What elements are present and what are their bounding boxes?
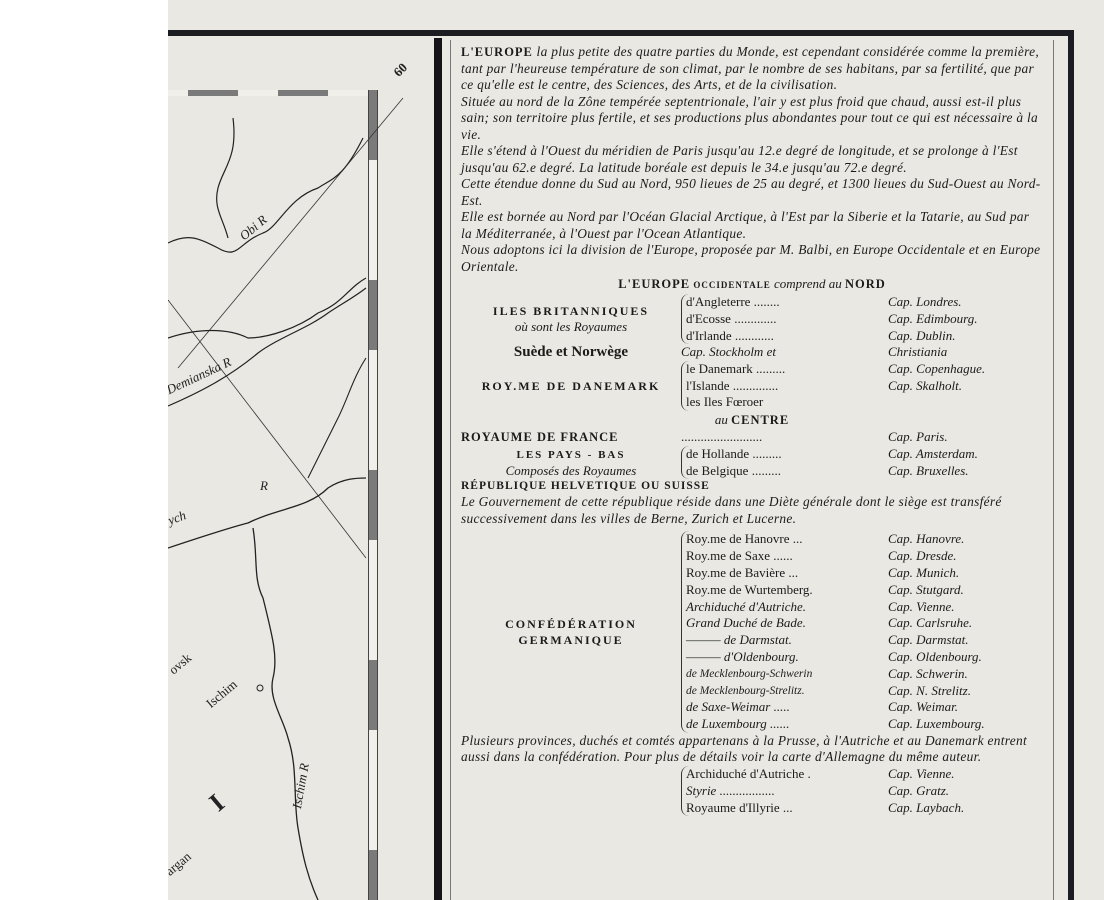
- suisse-heading: RÉPUBLIQUE HELVETIQUE OU SUISSE: [461, 479, 1043, 494]
- outer-frame-right: [1068, 30, 1074, 900]
- france-row: ROYAUME DE FRANCE ......................…: [461, 429, 1043, 446]
- list-item: de Mecklenbourg-Strelitz.Cap. N. Strelit…: [686, 683, 1043, 700]
- suisse-text: Le Gouvernement de cette république rési…: [461, 494, 1043, 527]
- river-r-label: R: [260, 478, 268, 494]
- list-item: de Belgique .........Cap. Bruxelles.: [686, 463, 1043, 480]
- list-item: Roy.me de Bavière ...Cap. Munich.: [686, 565, 1043, 582]
- list-item: l'Islande ..............Cap. Skalholt.: [686, 378, 1043, 395]
- list-item: d'Irlande ............Cap. Dublin.: [686, 328, 1043, 345]
- outer-frame-top: [168, 30, 1068, 36]
- list-item: Roy.me de Saxe ......Cap. Dresde.: [686, 548, 1043, 565]
- intro-paragraph-1: L'EUROPE la plus petite des quatre parti…: [461, 44, 1043, 94]
- pays-bas-group: LES PAYS - BASComposés des Royaumes de H…: [461, 446, 1043, 480]
- list-item: ——— d'Oldenbourg.Cap. Oldenbourg.: [686, 649, 1043, 666]
- intro-paragraph-2: Située au nord de la Zône tempérée septe…: [461, 94, 1043, 144]
- list-item: de Saxe-Weimar .....Cap. Weimar.: [686, 699, 1043, 716]
- list-item: d'Ecosse .............Cap. Edimbourg.: [686, 311, 1043, 328]
- list-item: Royaume d'Illyrie ...Cap. Laybach.: [686, 800, 1043, 817]
- heading-nord: L'EUROPE OCCIDENTALE comprend au NORD: [461, 275, 1043, 294]
- list-item: Grand Duché de Bade.Cap. Carlsruhe.: [686, 615, 1043, 632]
- intro-paragraph-6: Nous adoptons ici la division de l'Europ…: [461, 242, 1043, 275]
- iles-britanniques-group: ILES BRITANNIQUESoù sont les Royaumes d'…: [461, 294, 1043, 344]
- list-item: de Hollande .........Cap. Amsterdam.: [686, 446, 1043, 463]
- list-item: Archiduché d'Autriche .Cap. Vienne.: [686, 766, 1043, 783]
- europe-description-panel: L'EUROPE la plus petite des quatre parti…: [450, 40, 1054, 900]
- list-item: Styrie .................Cap. Gratz.: [686, 783, 1043, 800]
- suede-row: Suède et Norwège Cap. Stockholm et Chris…: [461, 344, 1043, 361]
- autriche-group: Archiduché d'Autriche .Cap. Vienne. Styr…: [461, 766, 1043, 816]
- intro-paragraph-3: Elle s'étend à l'Ouest du méridien de Pa…: [461, 143, 1043, 176]
- heading-centre: au CENTRE: [461, 411, 1043, 429]
- list-item: d'Angleterre ........Cap. Londres.: [686, 294, 1043, 311]
- map-panel: 60 Obi R Demianska R R ych ovsk Ischim I…: [168, 38, 439, 900]
- list-item: Archiduché d'Autriche.Cap. Vienne.: [686, 599, 1043, 616]
- panel-divider: [434, 38, 442, 900]
- danemark-group: ROY.ME DE DANEMARK le Danemark .........…: [461, 361, 1043, 411]
- map-sheet: 60 Obi R Demianska R R ych ovsk Ischim I…: [168, 0, 1104, 900]
- intro-paragraph-4: Cette étendue donne du Sud au Nord, 950 …: [461, 176, 1043, 209]
- confederation-group: CONFÉDÉRATIONGERMANIQUE Roy.me de Hanovr…: [461, 531, 1043, 733]
- list-item: ——— de Darmstat.Cap. Darmstat.: [686, 632, 1043, 649]
- list-item: les Iles Fœroer: [686, 394, 1043, 411]
- list-item: de Luxembourg ......Cap. Luxembourg.: [686, 716, 1043, 733]
- list-item: de Mecklenbourg-SchwerinCap. Schwerin.: [686, 666, 1043, 683]
- list-item: le Danemark .........Cap. Copenhague.: [686, 361, 1043, 378]
- intro-paragraph-5: Elle est bornée au Nord par l'Océan Glac…: [461, 209, 1043, 242]
- list-item: Roy.me de Wurtemberg.Cap. Stutgard.: [686, 582, 1043, 599]
- list-item: Roy.me de Hanovre ...Cap. Hanovre.: [686, 531, 1043, 548]
- confederation-note: Plusieurs provinces, duchés et comtés ap…: [461, 733, 1043, 766]
